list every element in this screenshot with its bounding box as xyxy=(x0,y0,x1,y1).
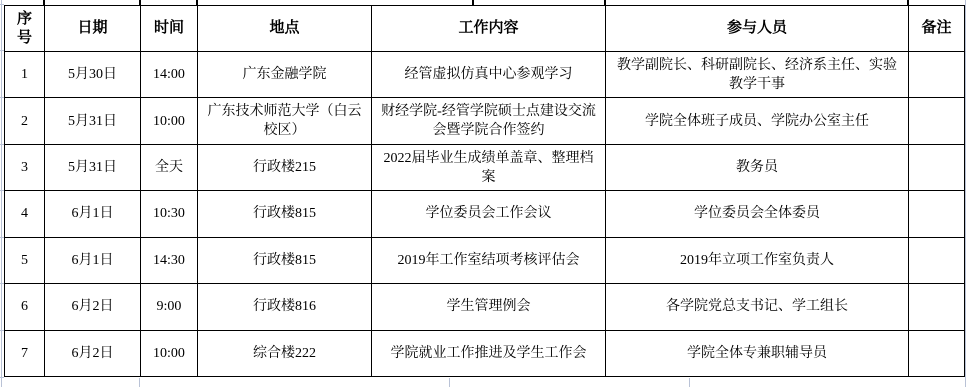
cell-location[interactable]: 行政楼815 xyxy=(198,191,372,237)
column-header-content[interactable]: 工作内容 xyxy=(372,6,606,52)
cell-location[interactable]: 广东技术师范大学（白云校区） xyxy=(198,98,372,144)
sheet-gridline-tick xyxy=(449,378,450,387)
cell-participants[interactable]: 学院全体专兼职辅导员 xyxy=(606,330,909,376)
cell-location[interactable]: 行政楼215 xyxy=(198,144,372,190)
work-schedule-table: 序号日期时间地点工作内容参与人员备注 15月30日14:00广东金融学院经管虚拟… xyxy=(4,5,965,377)
table-row: 25月31日10:00广东技术师范大学（白云校区）财经学院-经管学院硕士点建设交… xyxy=(5,98,965,144)
column-header-index[interactable]: 序号 xyxy=(5,6,45,52)
cell-index[interactable]: 1 xyxy=(5,52,45,98)
table-row: 56月1日14:30行政楼8152019年工作室结项考核评估会2019年立项工作… xyxy=(5,237,965,283)
table-row: 15月30日14:00广东金融学院经管虚拟仿真中心参观学习教学副院长、科研副院长… xyxy=(5,52,965,98)
cell-participants[interactable]: 教务员 xyxy=(606,144,909,190)
column-header-participants[interactable]: 参与人员 xyxy=(606,6,909,52)
cell-index[interactable]: 6 xyxy=(5,284,45,330)
spreadsheet-canvas: 序号日期时间地点工作内容参与人员备注 15月30日14:00广东金融学院经管虚拟… xyxy=(0,0,968,387)
cell-content[interactable]: 财经学院-经管学院硕士点建设交流会暨学院合作签约 xyxy=(372,98,606,144)
cell-location[interactable]: 广东金融学院 xyxy=(198,52,372,98)
cell-date[interactable]: 6月1日 xyxy=(45,237,141,283)
cell-index[interactable]: 5 xyxy=(5,237,45,283)
cell-date[interactable]: 5月31日 xyxy=(45,144,141,190)
cell-remarks[interactable] xyxy=(909,144,965,190)
cell-index[interactable]: 4 xyxy=(5,191,45,237)
cell-content[interactable]: 学生管理例会 xyxy=(372,284,606,330)
cell-remarks[interactable] xyxy=(909,284,965,330)
cell-location[interactable]: 行政楼815 xyxy=(198,237,372,283)
cell-date[interactable]: 6月2日 xyxy=(45,330,141,376)
cell-content[interactable]: 经管虚拟仿真中心参观学习 xyxy=(372,52,606,98)
cell-participants[interactable]: 各学院党总支书记、学工组长 xyxy=(606,284,909,330)
cell-time[interactable]: 10:30 xyxy=(141,191,198,237)
table-row: 46月1日10:30行政楼815学位委员会工作会议学位委员会全体委员 xyxy=(5,191,965,237)
cell-participants[interactable]: 2019年立项工作室负责人 xyxy=(606,237,909,283)
header-row: 序号日期时间地点工作内容参与人员备注 xyxy=(5,6,965,52)
cell-date[interactable]: 5月30日 xyxy=(45,52,141,98)
cell-location[interactable]: 行政楼816 xyxy=(198,284,372,330)
cell-content[interactable]: 2019年工作室结项考核评估会 xyxy=(372,237,606,283)
cell-remarks[interactable] xyxy=(909,52,965,98)
column-header-location[interactable]: 地点 xyxy=(198,6,372,52)
cell-time[interactable]: 全天 xyxy=(141,144,198,190)
table-row: 76月2日10:00综合楼222学院就业工作推进及学生工作会学院全体专兼职辅导员 xyxy=(5,330,965,376)
cell-content[interactable]: 学位委员会工作会议 xyxy=(372,191,606,237)
cell-date[interactable]: 6月1日 xyxy=(45,191,141,237)
cell-date[interactable]: 5月31日 xyxy=(45,98,141,144)
sheet-gridline-left xyxy=(1,0,2,387)
cell-participants[interactable]: 学院全体班子成员、学院办公室主任 xyxy=(606,98,909,144)
cell-time[interactable]: 14:30 xyxy=(141,237,198,283)
sheet-gridline-tick xyxy=(139,378,140,387)
cell-remarks[interactable] xyxy=(909,98,965,144)
cell-time[interactable]: 14:00 xyxy=(141,52,198,98)
cell-index[interactable]: 2 xyxy=(5,98,45,144)
sheet-gridline-right xyxy=(965,0,966,387)
column-header-remarks[interactable]: 备注 xyxy=(909,6,965,52)
cell-remarks[interactable] xyxy=(909,191,965,237)
table-row: 66月2日9:00行政楼816学生管理例会各学院党总支书记、学工组长 xyxy=(5,284,965,330)
cell-participants[interactable]: 教学副院长、科研副院长、经济系主任、实验教学干事 xyxy=(606,52,909,98)
column-header-date[interactable]: 日期 xyxy=(45,6,141,52)
cell-participants[interactable]: 学位委员会全体委员 xyxy=(606,191,909,237)
cell-remarks[interactable] xyxy=(909,330,965,376)
cell-remarks[interactable] xyxy=(909,237,965,283)
cell-time[interactable]: 10:00 xyxy=(141,330,198,376)
cell-content[interactable]: 学院就业工作推进及学生工作会 xyxy=(372,330,606,376)
sheet-gridline-tick xyxy=(689,378,690,387)
table-row: 35月31日全天行政楼2152022届毕业生成绩单盖章、整理档案教务员 xyxy=(5,144,965,190)
cell-index[interactable]: 7 xyxy=(5,330,45,376)
cell-index[interactable]: 3 xyxy=(5,144,45,190)
cell-date[interactable]: 6月2日 xyxy=(45,284,141,330)
cell-content[interactable]: 2022届毕业生成绩单盖章、整理档案 xyxy=(372,144,606,190)
cell-location[interactable]: 综合楼222 xyxy=(198,330,372,376)
cell-time[interactable]: 10:00 xyxy=(141,98,198,144)
cell-time[interactable]: 9:00 xyxy=(141,284,198,330)
column-header-time[interactable]: 时间 xyxy=(141,6,198,52)
sheet-gridline-tick xyxy=(0,377,4,378)
